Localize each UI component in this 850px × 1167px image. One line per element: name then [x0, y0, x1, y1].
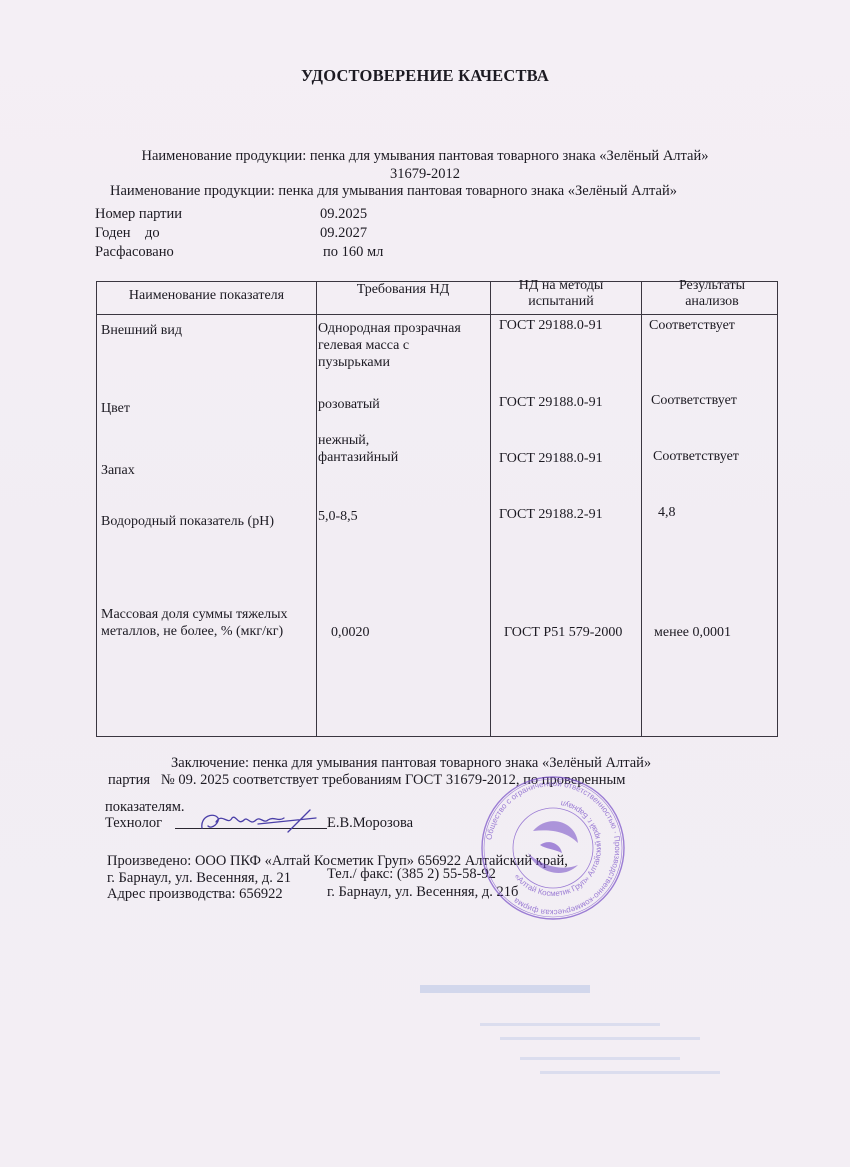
cell-method: ГОСТ 29188.0-91 — [499, 317, 639, 334]
cell-result: Соответствует — [649, 317, 777, 334]
header-indicator: Наименование показателя — [97, 288, 316, 304]
header-result: Результаты анализов — [657, 278, 767, 310]
cell-indicator: Запах — [101, 462, 311, 479]
header-method: НД на методы испытаний — [501, 278, 621, 310]
expiry-value: 09.2027 — [320, 225, 367, 242]
product-name-line-1: Наименование продукции: пенка для умыван… — [0, 148, 850, 165]
header-divider — [97, 314, 777, 315]
cell-method: ГОСТ Р51 579-2000 — [504, 624, 624, 641]
conclusion-line-3: показателям. — [105, 799, 185, 816]
cell-indicator: Внешний вид — [101, 322, 311, 339]
column-divider — [316, 282, 317, 736]
cell-requirement: 0,0020 — [331, 624, 481, 641]
company-stamp-icon: Общество с ограниченной ответственностью… — [478, 773, 628, 923]
product-name-line-2: Наименование продукции: пенка для умыван… — [110, 183, 677, 200]
cell-requirement: нежный, фантазийный — [318, 432, 438, 466]
document-page: УДОСТОВЕРЕНИЕ КАЧЕСТВА Наименование прод… — [0, 0, 850, 1167]
batch-number-label: Номер партии — [95, 206, 182, 223]
production-address-label: Адрес производства: 656922 — [107, 886, 283, 903]
cell-result: 4,8 — [658, 504, 786, 521]
document-title: УДОСТОВЕРЕНИЕ КАЧЕСТВА — [0, 66, 850, 86]
cell-method: ГОСТ 29188.0-91 — [499, 394, 639, 411]
column-divider — [490, 282, 491, 736]
manufacturer-phone: Тел./ факс: (385 2) 55-58-92 — [327, 866, 496, 883]
cell-result: Соответствует — [653, 448, 781, 465]
batch-number-value: 09.2025 — [320, 206, 367, 223]
cell-result: менее 0,0001 — [654, 624, 782, 641]
signature-icon — [198, 808, 328, 838]
column-divider — [641, 282, 642, 736]
cell-method: ГОСТ 29188.0-91 — [499, 450, 639, 467]
cell-requirement: 5,0-8,5 — [318, 508, 483, 525]
cell-result: Соответствует — [651, 392, 779, 409]
conclusion-line-1: Заключение: пенка для умывания пантовая … — [171, 755, 651, 772]
cell-requirement: Однородная прозрачная гелевая масса с пу… — [318, 320, 483, 371]
packaging-label: Расфасовано — [95, 244, 174, 261]
bleed-through-marks — [420, 965, 720, 1085]
packaging-value: по 160 мл — [323, 244, 383, 261]
standard-number: 31679-2012 — [0, 166, 850, 183]
quality-table: Наименование показателя Требования НД НД… — [96, 281, 778, 737]
manufacturer-address: г. Барнаул, ул. Весенняя, д. 21 — [107, 870, 291, 887]
header-requirement: Требования НД — [316, 282, 490, 298]
cell-requirement: розоватый — [318, 396, 483, 413]
cell-indicator: Водородный показатель (pH) — [101, 513, 281, 530]
cell-method: ГОСТ 29188.2-91 — [499, 506, 639, 523]
expiry-label: Годен до — [95, 225, 160, 242]
cell-indicator: Массовая доля суммы тяжелых металлов, не… — [101, 606, 315, 640]
cell-indicator: Цвет — [101, 400, 311, 417]
technologist-label: Технолог — [105, 815, 162, 832]
technologist-name: Е.В.Морозова — [327, 815, 413, 832]
